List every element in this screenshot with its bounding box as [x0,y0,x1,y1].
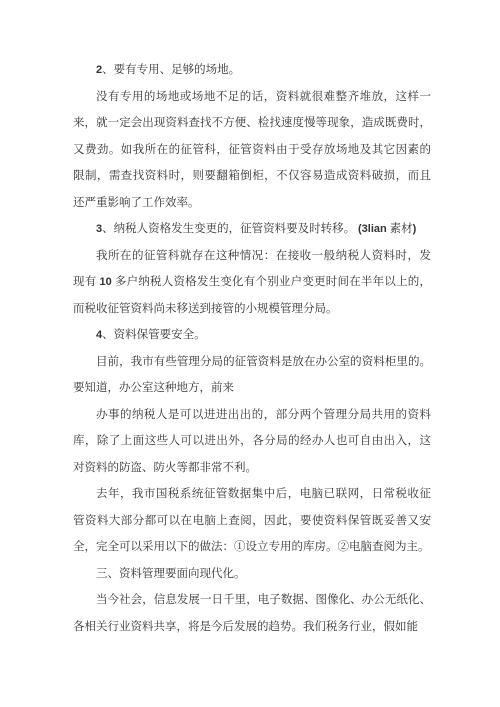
text-line: 现有 10 多户纳税人资格发生变化有个别业户变更时间在半年以上的， [73,269,431,296]
text-line: 又费劲。如我所在的征管科，征管资料由于受存放场地及其它因素的 [73,137,431,164]
text-line: 2、要有专用、足够的场地。 [73,57,431,84]
text-line: 4、资料保管要安全。 [73,322,431,349]
text-line: 三、资料管理要面向现代化。 [73,561,431,588]
text-line: 我所在的征管科就存在这种情况：在接收一般纳税人资料时，发 [73,243,431,270]
text-line: 全，完全可以采用以下的做法：①设立专用的库房。②电脑查阅为主。 [73,534,431,561]
text-line: 要知道，办公室这种地方，前来 [73,375,431,402]
text-line: 当今社会，信息发展一日千里，电子数据、图像化、办公无纸化、 [73,587,431,614]
document-page: 2、要有专用、足够的场地。 没有专用的场地或场地不足的话，资料就很难整齐堆放，这… [73,57,431,640]
text-line: 还严重影响了工作效率。 [73,190,431,217]
text-line: 限制，需查找资料时，则要翻箱倒柜，不仅容易造成资料破损，而且 [73,163,431,190]
text-line: 来，就一定会出现资料查找不方便、检找速度慢等现象，造成既费时， [73,110,431,137]
text-line: 对资料的防盗、防火等都非常不利。 [73,455,431,482]
text-line: 而税收征管资料尚未移送到接管的小规模管理分局。 [73,296,431,323]
text-line: 办事的纳税人是可以进进出出的，部分两个管理分局共用的资料 [73,402,431,429]
text-line: 3、纳税人资格发生变更的，征管资料要及时转移。 (3lian 素材) [73,216,431,243]
text-line: 目前，我市有些管理分局的征管资料是放在办公室的资料柜里的。 [73,349,431,376]
text-line: 管资料大部分都可以在电脑上查阅，因此，要使资料保管既妥善又安 [73,508,431,535]
text-line: 各相关行业资料共享，将是今后发展的趋势。我们税务行业，假如能 [73,614,431,641]
text-line: 没有专用的场地或场地不足的话，资料就很难整齐堆放，这样一 [73,84,431,111]
text-line: 去年，我市国税系统征管数据集中后，电脑已联网，日常税收征 [73,481,431,508]
text-line: 库，除了上面这些人可以进出外，各分局的经办人也可自由出入，这 [73,428,431,455]
